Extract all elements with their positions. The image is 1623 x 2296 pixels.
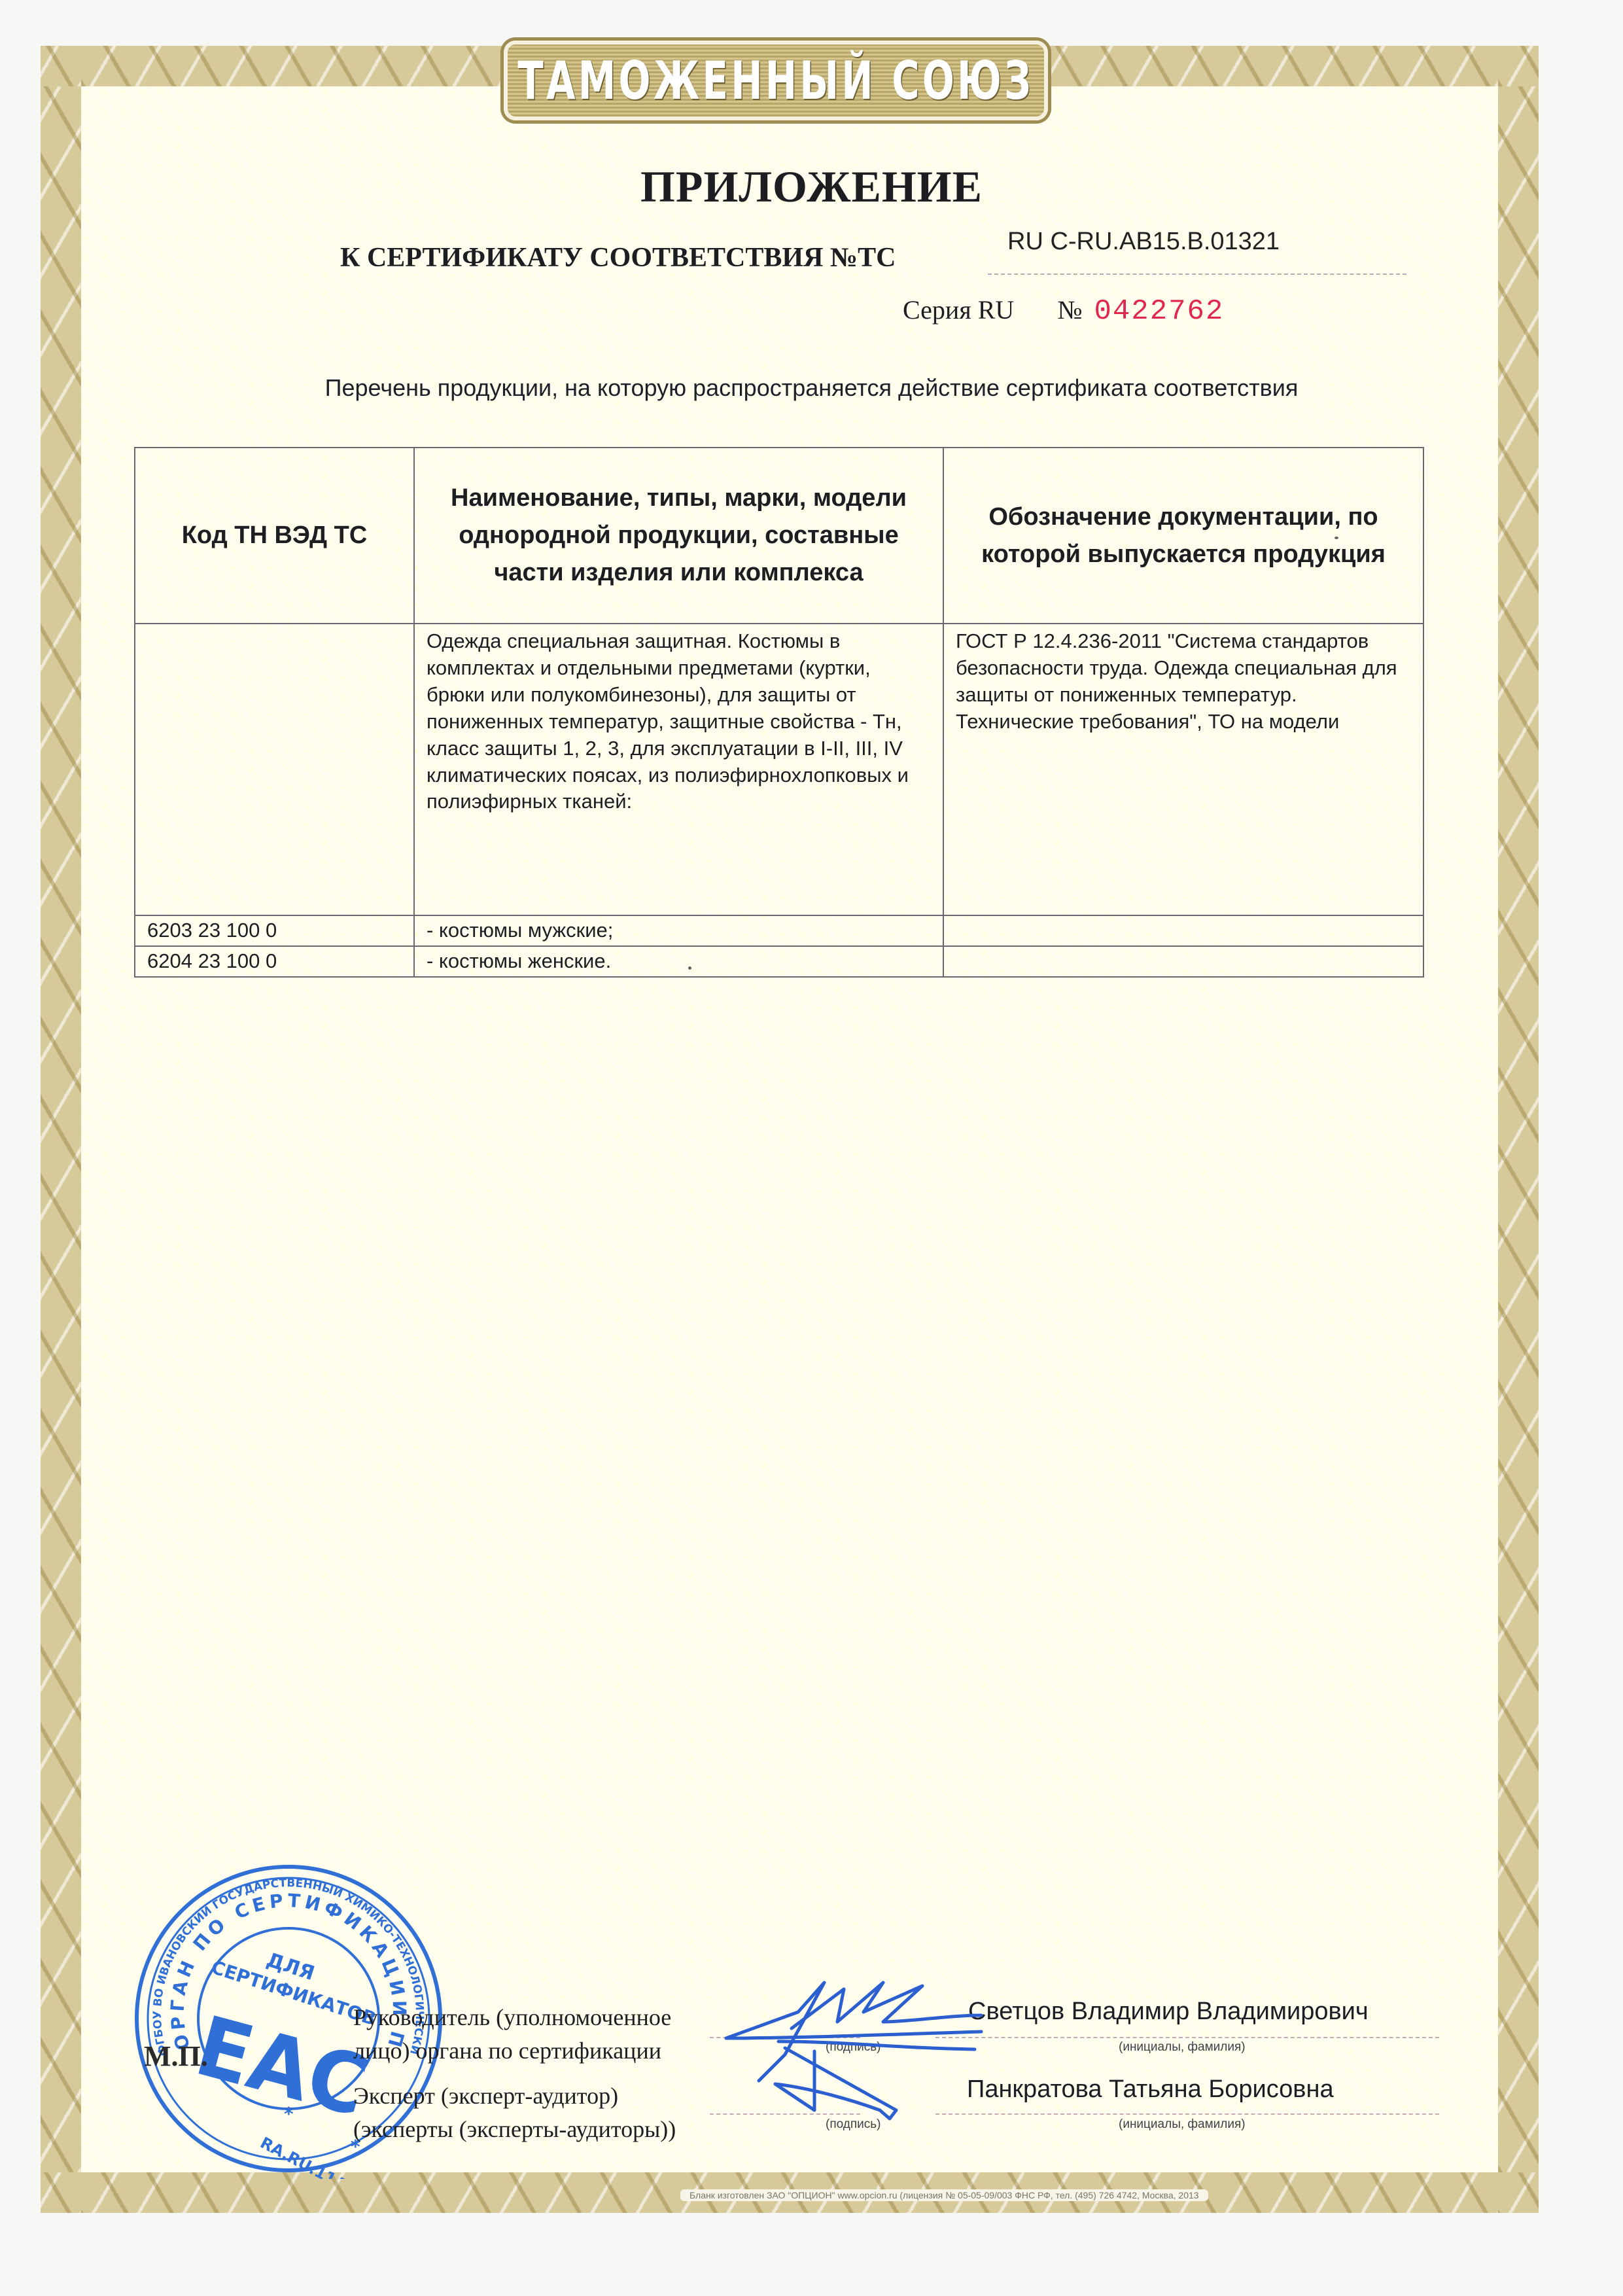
cell-code: 6203 23 100 0 [135, 915, 414, 946]
cell-code [135, 624, 414, 915]
expert-name-line [935, 2113, 1439, 2115]
head-name-caption: (инициалы, фамилия) [1119, 2040, 1246, 2055]
cell-documentation [943, 915, 1423, 946]
scan-speck [1335, 537, 1338, 539]
expert-role-line1: Эксперт (эксперт-аудитор) [353, 2079, 676, 2113]
head-role-label: Руководитель (уполномоченное лицо) орган… [353, 2001, 671, 2068]
cell-name: Одежда специальная защитная. Костюмы в к… [414, 624, 943, 915]
seal-place-label: М.П. [144, 2040, 208, 2073]
expert-signature [765, 2041, 922, 2127]
table-row: 6203 23 100 0 - костюмы мужские; [135, 915, 1423, 946]
product-list-intro: Перечень продукции, на которую распростр… [0, 374, 1623, 402]
expert-role-line2: (эксперты (эксперты-аудиторы)) [353, 2113, 676, 2146]
cell-name: - костюмы женские. [414, 946, 943, 977]
number-label: № [1057, 295, 1082, 325]
series-line: Серия RU № 0422762 [903, 294, 1224, 328]
printer-note: Бланк изготовлен ЗАО "ОПЦИОН" www.opcion… [680, 2189, 1208, 2201]
series-value: RU [978, 295, 1015, 325]
expert-name: Панкратова Татьяна Борисовна [967, 2075, 1334, 2104]
cell-documentation [943, 946, 1423, 977]
head-role-line1: Руководитель (уполномоченное [353, 2001, 671, 2034]
certificate-number-underline [988, 274, 1406, 275]
cell-name: - костюмы мужские; [414, 915, 943, 946]
certificate-subtitle: К СЕРТИФИКАТУ СООТВЕТСТВИЯ №ТС [340, 242, 896, 274]
head-name: Светцов Владимир Владимирович [968, 1998, 1369, 2026]
svg-text:*: * [284, 2103, 294, 2125]
scan-speck [688, 966, 691, 970]
cell-documentation: ГОСТ Р 12.4.236-2011 "Система стандартов… [943, 624, 1423, 915]
header-name: Наименование, типы, марки, модели одноро… [414, 448, 943, 624]
certificate-number: RU C-RU.AB15.B.01321 [1007, 228, 1280, 256]
series-label: Серия [903, 295, 971, 325]
table-header-row: Код ТН ВЭД ТС Наименование, типы, марки,… [135, 448, 1423, 624]
customs-union-banner: ТАМОЖЕННЫЙ СОЮЗ [504, 41, 1048, 120]
cell-code: 6204 23 100 0 [135, 946, 414, 977]
page-title: ПРИЛОЖЕНИЕ [0, 161, 1623, 213]
expert-role-label: Эксперт (эксперт-аудитор) (эксперты (экс… [353, 2079, 676, 2146]
expert-name-caption: (инициалы, фамилия) [1119, 2117, 1246, 2132]
head-name-line [935, 2037, 1439, 2038]
banner-text: ТАМОЖЕННЫЙ СОЮЗ [518, 50, 1034, 111]
head-role-line2: лицо) органа по сертификации [353, 2034, 671, 2068]
header-documentation: Обозначение документации, по которой вып… [943, 448, 1423, 624]
header-code: Код ТН ВЭД ТС [135, 448, 414, 624]
blank-number: 0422762 [1094, 295, 1224, 328]
table-row: Одежда специальная защитная. Костюмы в к… [135, 624, 1423, 915]
product-table: Код ТН ВЭД ТС Наименование, типы, марки,… [134, 447, 1424, 978]
table-row: 6204 23 100 0 - костюмы женские. [135, 946, 1423, 977]
